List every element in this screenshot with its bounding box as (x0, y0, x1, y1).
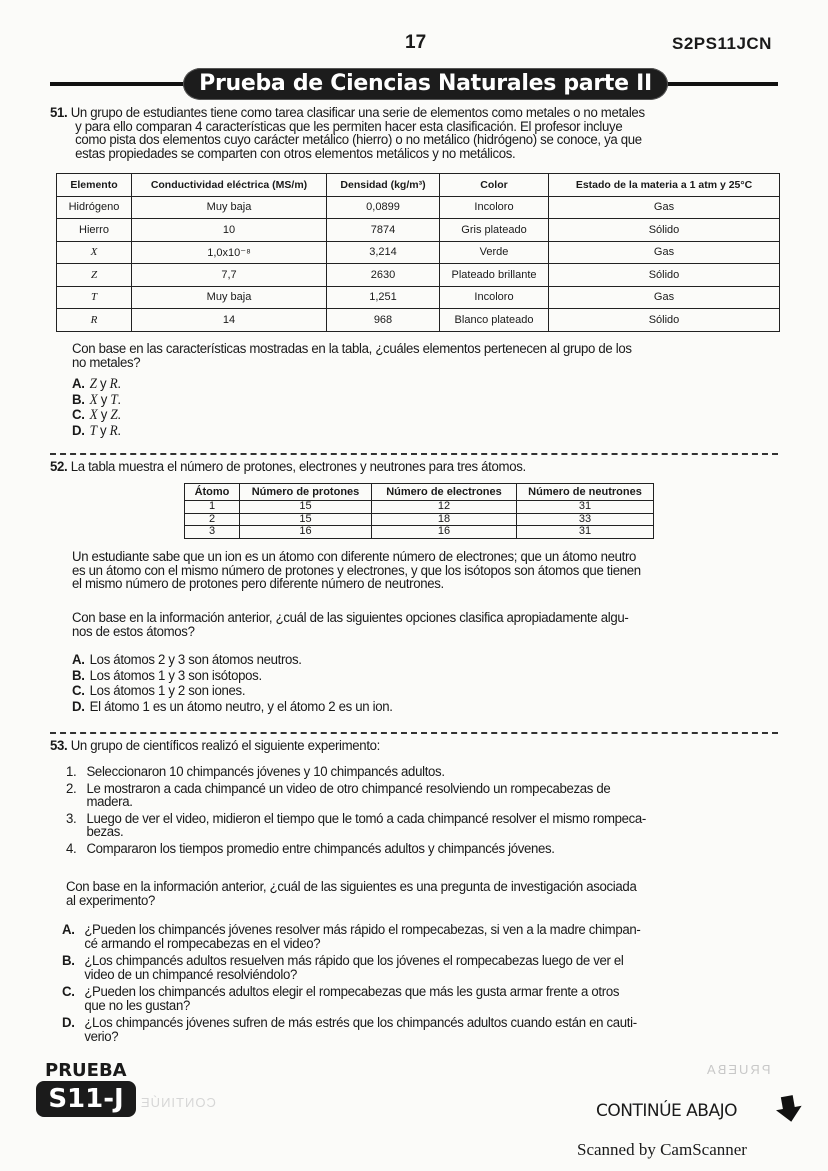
prompt-line: Con base en las características mostrada… (72, 343, 797, 357)
table-cell: Gas (549, 196, 780, 219)
option-conj: y (97, 423, 110, 439)
table-cell: 16 (372, 526, 517, 539)
option-line: D.¿Los chimpancés jóvenes sufren de más … (62, 1017, 797, 1031)
answer-option[interactable]: B.Los átomos 1 y 3 son isótopos. (72, 669, 393, 685)
header-rule-right (655, 82, 778, 86)
table-cell: Z (57, 264, 132, 287)
arrow-down-icon (774, 1094, 804, 1124)
table-cell: 16 (240, 526, 372, 539)
step-text: Compararon los tiempos promedio entre ch… (86, 841, 554, 857)
section-title-banner: Prueba de Ciencias Naturales parte II (183, 68, 668, 100)
option-text: El átomo 1 es un átomo neutro, y el átom… (90, 699, 393, 715)
prompt-line: Con base en la información anterior, ¿cu… (66, 881, 801, 895)
table-cell: 31 (517, 526, 654, 539)
column-header: Elemento (57, 174, 132, 197)
table-header-row: Elemento Conductividad eléctrica (MS/m) … (57, 174, 780, 197)
question-51-prompt: Con base en las características mostrada… (72, 343, 797, 370)
table-cell: Muy baja (132, 196, 327, 219)
option-text: cé armando el rompecabezas en el video? (84, 936, 320, 952)
option-letter: A. (62, 924, 84, 938)
step-line: 1.Seleccionaron 10 chimpancés jóvenes y … (66, 766, 801, 780)
option-end: . (117, 423, 120, 439)
table-cell: 15 (240, 513, 372, 526)
step-text: Luego de ver el video, midieron el tiemp… (86, 811, 646, 827)
table-cell: 3,214 (327, 241, 440, 264)
experiment-step: 2.Le mostraron a cada chimpancé un video… (66, 783, 801, 810)
table-cell: 18 (372, 513, 517, 526)
option-letter: B. (72, 669, 90, 685)
question-number: 51. (50, 105, 67, 121)
table-cell: Gris plateado (440, 219, 549, 242)
section-divider (50, 453, 778, 455)
prompt-line: no metales? (72, 357, 797, 371)
step-text: madera. (86, 794, 132, 810)
elements-table: Elemento Conductividad eléctrica (MS/m) … (56, 173, 780, 332)
table-cell: Incoloro (440, 286, 549, 309)
option-text: verio? (84, 1029, 118, 1045)
table-cell: Verde (440, 241, 549, 264)
option-letter: C. (62, 986, 84, 1000)
table-header-row: Átomo Número de protones Número de elect… (185, 484, 654, 501)
table-cell: Muy baja (132, 286, 327, 309)
answer-option[interactable]: C.X y Z. (72, 408, 121, 424)
bleed-through-stamp: PRUEBA (705, 1062, 770, 1077)
table-row: HidrógenoMuy baja0,0899IncoloroGas (57, 196, 780, 219)
stem-text: La tabla muestra el número de protones, … (71, 459, 526, 475)
header-rule-left (50, 82, 200, 86)
step-number: 1. (66, 766, 86, 780)
table-cell: 1,251 (327, 286, 440, 309)
column-header: Átomo (185, 484, 240, 501)
bleed-through-text: CONTINÚE (140, 1095, 216, 1110)
table-cell: 14 (132, 309, 327, 332)
option-line: verio? (62, 1031, 797, 1045)
table-cell: T (57, 286, 132, 309)
table-cell: 0,0899 (327, 196, 440, 219)
column-header: Estado de la materia a 1 atm y 25°C (549, 174, 780, 197)
answer-option[interactable]: A.¿Pueden los chimpancés jóvenes resolve… (62, 924, 797, 951)
experiment-step: 3.Luego de ver el video, midieron el tie… (66, 813, 801, 840)
table-cell: 3 (185, 526, 240, 539)
table-cell: 968 (327, 309, 440, 332)
table-cell: 33 (517, 513, 654, 526)
option-letter: C. (72, 408, 90, 424)
option-text: Los átomos 1 y 2 son iones. (90, 683, 246, 699)
table-cell: 1,0x10⁻⁸ (132, 241, 327, 264)
option-text: Los átomos 2 y 3 son átomos neutros. (90, 652, 302, 668)
option-var: Z (90, 376, 97, 392)
answer-option[interactable]: A.Z y R. (72, 377, 121, 393)
table-row: 3161631 (185, 526, 654, 539)
question-53-options: A.¿Pueden los chimpancés jóvenes resolve… (62, 924, 797, 1048)
table-row: Hierro107874Gris plateadoSólido (57, 219, 780, 242)
option-letter: A. (72, 653, 90, 669)
prompt-line: al experimento? (66, 895, 801, 909)
prueba-label: PRUEBA (45, 1060, 127, 1081)
table-cell: Sólido (549, 309, 780, 332)
column-header: Número de electrones (372, 484, 517, 501)
option-letter: C. (72, 684, 90, 700)
table-cell: 12 (372, 501, 517, 514)
question-52-options: A.Los átomos 2 y 3 son átomos neutros.B.… (72, 653, 393, 715)
answer-option[interactable]: D.¿Los chimpancés jóvenes sufren de más … (62, 1017, 797, 1044)
table-cell: 2630 (327, 264, 440, 287)
option-letter: B. (72, 393, 90, 409)
option-letter: B. (62, 955, 84, 969)
option-var: R (110, 376, 118, 392)
step-number: 2. (66, 783, 86, 797)
table-cell: 15 (240, 501, 372, 514)
question-52-info: Un estudiante sabe que un ion es un átom… (72, 551, 797, 592)
step-text: bezas. (86, 824, 123, 840)
column-header: Conductividad eléctrica (MS/m) (132, 174, 327, 197)
column-header: Número de protones (240, 484, 372, 501)
page-number: 17 (405, 32, 426, 54)
option-conj: y (97, 376, 110, 392)
option-line: video de un chimpancé resolviéndolo? (62, 969, 797, 983)
scanner-watermark: Scanned by CamScanner (577, 1140, 747, 1160)
option-var: R (110, 423, 118, 439)
answer-option[interactable]: C.Los átomos 1 y 2 son iones. (72, 684, 393, 700)
table-cell: X (57, 241, 132, 264)
step-number: 3. (66, 813, 86, 827)
table-cell: 7874 (327, 219, 440, 242)
option-line: que no les gustan? (62, 1000, 797, 1014)
atoms-table: Átomo Número de protones Número de elect… (184, 483, 654, 539)
option-line: cé armando el rompecabezas en el video? (62, 938, 797, 952)
table-row: 2151833 (185, 513, 654, 526)
option-var: T (110, 392, 117, 408)
info-line: el mismo número de protones pero diferen… (72, 578, 797, 592)
stem-line: estas propiedades se comparten con otros… (50, 148, 785, 162)
column-header: Color (440, 174, 549, 197)
option-letter: D. (62, 1017, 84, 1031)
continue-below-label: CONTINÚE ABAJO (596, 1101, 737, 1121)
table-row: Z7,72630Plateado brillanteSólido (57, 264, 780, 287)
column-header: Número de neutrones (517, 484, 654, 501)
step-line: 3.Luego de ver el video, midieron el tie… (66, 813, 801, 827)
option-letter: A. (72, 377, 90, 393)
step-line: bezas. (66, 826, 801, 840)
question-number: 52. (50, 459, 67, 475)
question-51-options: A.Z y R.B.X y T.C.X y Z.D.T y R. (72, 377, 121, 439)
column-header: Densidad (kg/m³) (327, 174, 440, 197)
section-divider (50, 732, 778, 734)
question-51-stem: 51. Un grupo de estudiantes tiene como t… (50, 107, 785, 161)
table-cell: 10 (132, 219, 327, 242)
option-text: video de un chimpancé resolviéndolo? (84, 967, 297, 983)
experiment-step: 1.Seleccionaron 10 chimpancés jóvenes y … (66, 766, 801, 780)
step-text: Seleccionaron 10 chimpancés jóvenes y 10… (86, 764, 444, 780)
option-text: que no les gustan? (84, 998, 190, 1014)
option-var: T (90, 423, 97, 439)
test-badge: S11-J (36, 1081, 136, 1117)
option-letter: D. (72, 700, 90, 716)
option-letter: D. (72, 424, 90, 440)
exam-code: S2PS11JCN (672, 34, 772, 54)
table-cell: Plateado brillante (440, 264, 549, 287)
table-cell: Sólido (549, 219, 780, 242)
option-var: Z (110, 407, 117, 423)
question-number: 53. (50, 738, 67, 754)
question-52-prompt: Con base en la información anterior, ¿cu… (72, 612, 797, 639)
table-cell: 2 (185, 513, 240, 526)
option-end: . (117, 392, 120, 408)
step-line: 2.Le mostraron a cada chimpancé un video… (66, 783, 801, 797)
table-row: TMuy baja1,251IncoloroGas (57, 286, 780, 309)
answer-option[interactable]: A.Los átomos 2 y 3 son átomos neutros. (72, 653, 393, 669)
table-cell: 1 (185, 501, 240, 514)
answer-option[interactable]: B.X y T. (72, 393, 121, 409)
answer-option[interactable]: B.¿Los chimpancés adultos resuelven más … (62, 955, 797, 982)
option-end: . (117, 376, 120, 392)
answer-option[interactable]: C.¿Pueden los chimpancés adultos elegir … (62, 986, 797, 1013)
option-conj: y (97, 392, 110, 408)
option-conj: y (97, 407, 110, 423)
table-cell: Sólido (549, 264, 780, 287)
step-line: 4.Compararon los tiempos promedio entre … (66, 843, 801, 857)
question-53-prompt: Con base en la información anterior, ¿cu… (66, 881, 801, 908)
question-53-stem: 53. Un grupo de científicos realizó el s… (50, 740, 775, 754)
table-cell: Gas (549, 241, 780, 264)
stem-text: Un grupo de científicos realizó el sigui… (71, 738, 380, 754)
step-text: Le mostraron a cada chimpancé un video d… (86, 781, 610, 797)
table-cell: Blanco plateado (440, 309, 549, 332)
option-text: Los átomos 1 y 3 son isótopos. (90, 668, 262, 684)
table-cell: Gas (549, 286, 780, 309)
option-end: . (117, 407, 120, 423)
table-cell: Hierro (57, 219, 132, 242)
table-cell: 7,7 (132, 264, 327, 287)
table-row: R14968Blanco plateadoSólido (57, 309, 780, 332)
experiment-step: 4.Compararon los tiempos promedio entre … (66, 843, 801, 857)
table-row: 1151231 (185, 501, 654, 514)
table-row: X1,0x10⁻⁸3,214VerdeGas (57, 241, 780, 264)
experiment-steps: 1.Seleccionaron 10 chimpancés jóvenes y … (66, 766, 801, 859)
prompt-line: nos de estos átomos? (72, 626, 797, 640)
step-line: madera. (66, 796, 801, 810)
answer-option[interactable]: D.T y R. (72, 424, 121, 440)
table-cell: Hidrógeno (57, 196, 132, 219)
table-cell: R (57, 309, 132, 332)
step-number: 4. (66, 843, 86, 857)
table-cell: Incoloro (440, 196, 549, 219)
question-52-stem: 52. La tabla muestra el número de proton… (50, 461, 775, 475)
option-text: ¿Los chimpancés jóvenes sufren de más es… (84, 1015, 636, 1031)
answer-option[interactable]: D.El átomo 1 es un átomo neutro, y el át… (72, 700, 393, 716)
table-cell: 31 (517, 501, 654, 514)
